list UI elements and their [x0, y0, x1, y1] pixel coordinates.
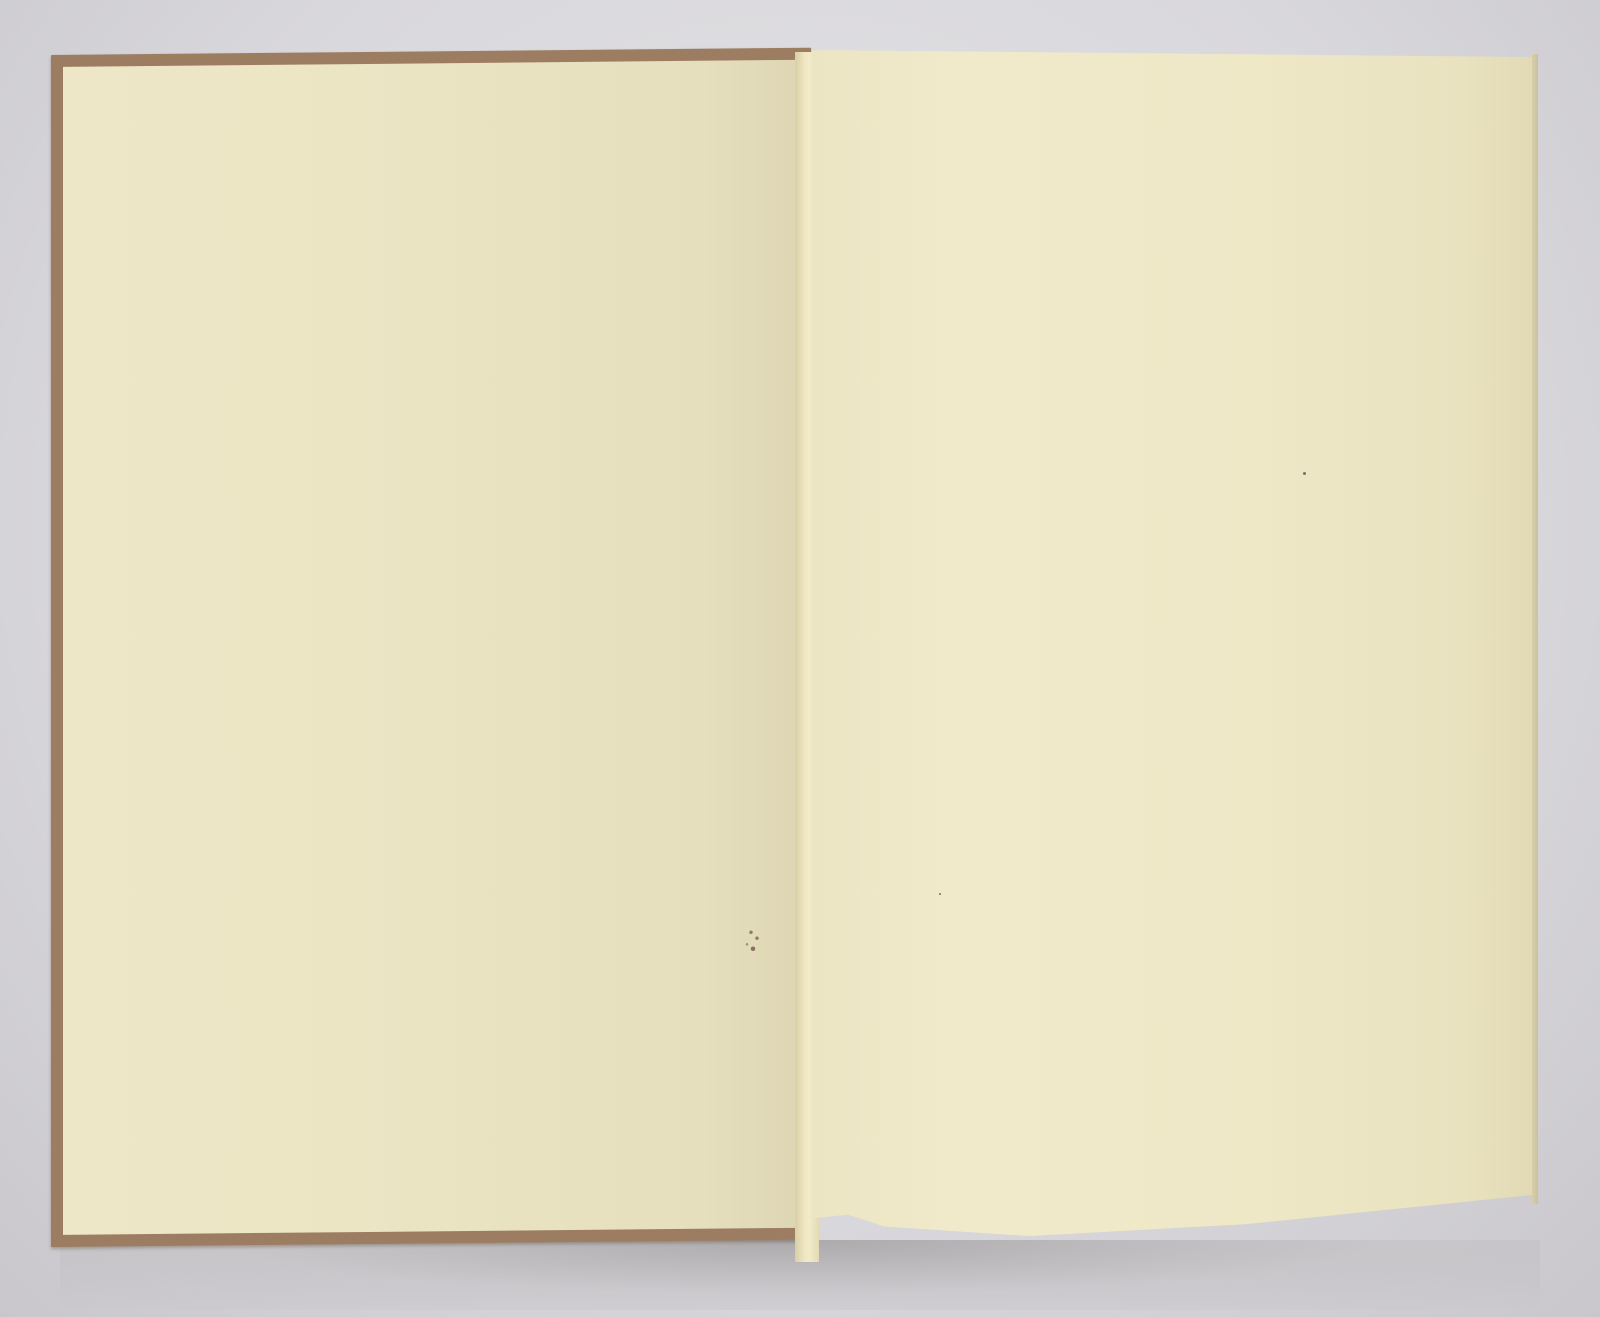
left-endpaper: [63, 60, 811, 1235]
paper-speck: [1303, 472, 1306, 475]
photo-scene: [0, 0, 1600, 1317]
foxing-spots: [745, 926, 765, 956]
page-block-edge: [1532, 54, 1538, 1204]
right-flyleaf: [812, 50, 1536, 1236]
paper-speck: [939, 893, 941, 895]
book-front-cover: [51, 48, 811, 1247]
